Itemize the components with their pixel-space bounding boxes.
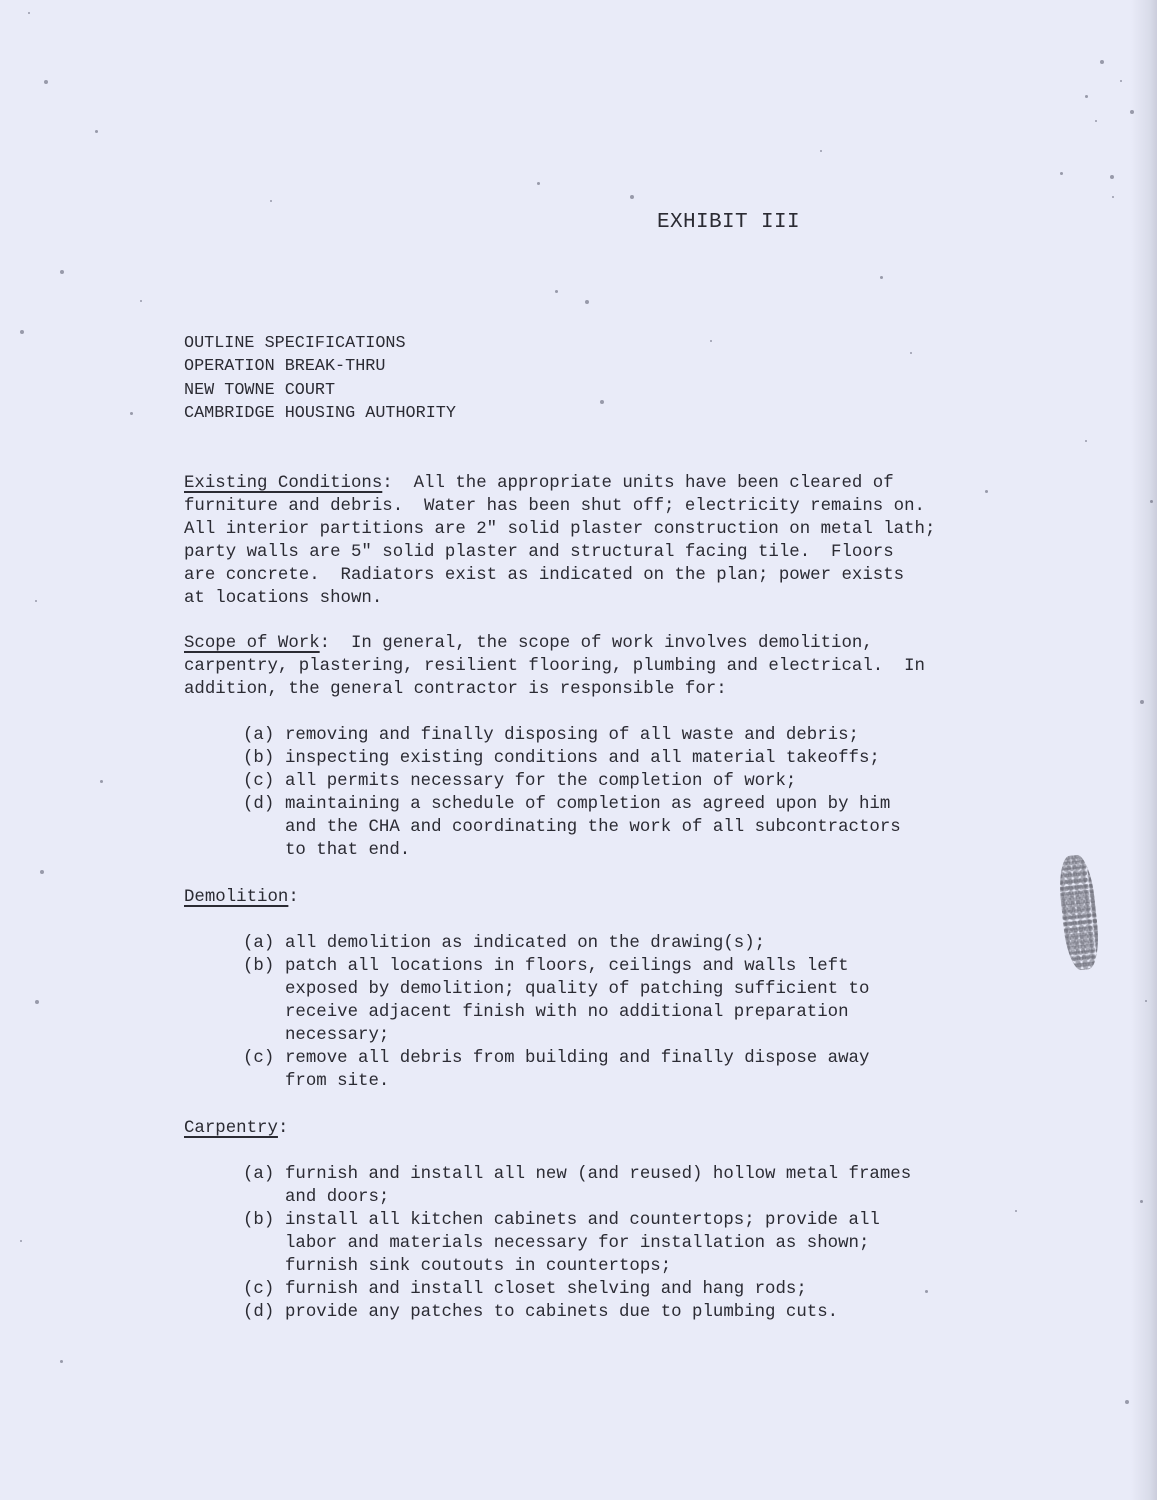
section-existing-conditions: Existing Conditions: All the appropriate… [184,472,1004,610]
scan-speck [630,195,634,199]
item-label: (a) [243,1163,285,1209]
section-demolition: Demolition: (a)all demolition as indicat… [184,886,1004,1093]
item-text: furnish and install all new (and reused)… [285,1163,911,1209]
scan-speck [60,270,64,274]
header-line: OPERATION BREAK-THRU [184,355,456,378]
list-item: (c)furnish and install closet shelving a… [243,1278,1004,1301]
section-heading: Existing Conditions [184,474,382,493]
scan-speck [1015,1210,1017,1212]
paragraph-line: carpentry, plastering, resilient floorin… [184,655,1004,678]
scan-speck [130,412,133,415]
exhibit-title: EXHIBIT III [657,211,800,234]
section-carpentry: Carpentry: (a)furnish and install all ne… [184,1117,1004,1324]
scan-speck [1130,110,1134,114]
scan-speck [140,300,142,302]
scan-speck [1125,1400,1129,1404]
paragraph-line: addition, the general contractor is resp… [184,678,1004,701]
scan-speck [95,130,98,133]
scan-speck [910,352,912,354]
section-scope-of-work: Scope of Work: In general, the scope of … [184,632,1004,862]
scan-speck [1145,1000,1147,1002]
item-label: (c) [243,1047,285,1093]
scan-speck [60,1360,63,1363]
item-text: all permits necessary for the completion… [285,770,796,793]
demolition-list: (a)all demolition as indicated on the dr… [184,932,1004,1093]
paragraph-line: at locations shown. [184,587,1004,610]
scan-speck [600,400,604,404]
scan-speck [40,870,44,874]
scan-smudge [1056,854,1102,972]
list-item: (d)maintaining a schedule of completion … [243,793,1004,862]
scan-speck [1120,80,1122,82]
item-text: removing and finally disposing of all wa… [285,724,859,747]
list-item: (b)inspecting existing conditions and al… [243,747,1004,770]
item-text: remove all debris from building and fina… [285,1047,869,1093]
list-item: (c)remove all debris from building and f… [243,1047,1004,1093]
paragraph-line: are concrete. Radiators exist as indicat… [184,564,1004,587]
scan-speck [20,1240,22,1242]
list-item: (a)all demolition as indicated on the dr… [243,932,1004,955]
scan-speck [710,340,712,342]
item-label: (a) [243,724,285,747]
item-label: (a) [243,932,285,955]
header-line: OUTLINE SPECIFICATIONS [184,332,456,355]
item-label: (d) [243,1301,285,1324]
scan-speck [20,330,24,334]
paragraph-line: furniture and debris. Water has been shu… [184,495,1004,518]
item-text: furnish and install closet shelving and … [285,1278,807,1301]
item-text: install all kitchen cabinets and counter… [285,1209,880,1278]
section-heading: Scope of Work [184,634,320,653]
header-line: CAMBRIDGE HOUSING AUTHORITY [184,402,456,425]
item-label: (b) [243,955,285,1047]
scan-speck [1095,120,1097,122]
scan-speck [555,290,558,293]
carpentry-list: (a)furnish and install all new (and reus… [184,1163,1004,1324]
scan-speck [35,600,37,602]
paragraph-line: All interior partitions are 2" solid pla… [184,518,1004,541]
item-text: inspecting existing conditions and all m… [285,747,880,770]
scan-speck [880,276,883,279]
section-heading: Demolition [184,888,288,907]
scan-speck [537,182,540,185]
scan-speck [1085,95,1088,98]
list-item: (a)removing and finally disposing of all… [243,724,1004,747]
list-item: (c)all permits necessary for the complet… [243,770,1004,793]
scanned-page: EXHIBIT III OUTLINE SPECIFICATIONS OPERA… [0,0,1157,1500]
scan-speck [35,1000,39,1004]
item-label: (d) [243,793,285,862]
scan-speck [820,150,822,152]
item-label: (c) [243,770,285,793]
scan-speck [1112,196,1114,198]
item-label: (b) [243,747,285,770]
item-text: maintaining a schedule of completion as … [285,793,901,862]
scan-edge-shadow [1131,0,1157,1500]
scan-speck [1110,175,1114,179]
scan-speck [28,12,30,14]
list-item: (d)provide any patches to cabinets due t… [243,1301,1004,1324]
list-item: (b)patch all locations in floors, ceilin… [243,955,1004,1047]
section-heading: Carpentry [184,1119,278,1138]
scan-speck [44,80,48,84]
item-label: (c) [243,1278,285,1301]
scan-speck [1140,700,1144,704]
paragraph-line: party walls are 5" solid plaster and str… [184,541,1004,564]
item-text: all demolition as indicated on the drawi… [285,932,765,955]
list-item: (a)furnish and install all new (and reus… [243,1163,1004,1209]
document-header: OUTLINE SPECIFICATIONS OPERATION BREAK-T… [184,332,456,425]
scan-speck [1100,60,1104,64]
scan-speck [1060,172,1063,175]
scan-speck [100,780,103,783]
scan-speck [1140,1200,1143,1203]
scope-list: (a)removing and finally disposing of all… [184,724,1004,862]
scan-speck [1085,440,1087,442]
header-line: NEW TOWNE COURT [184,379,456,402]
scan-speck [270,200,272,202]
scan-speck [1150,500,1153,503]
scan-speck [585,300,589,304]
item-label: (b) [243,1209,285,1278]
item-text: patch all locations in floors, ceilings … [285,955,869,1047]
list-item: (b)install all kitchen cabinets and coun… [243,1209,1004,1278]
item-text: provide any patches to cabinets due to p… [285,1301,838,1324]
